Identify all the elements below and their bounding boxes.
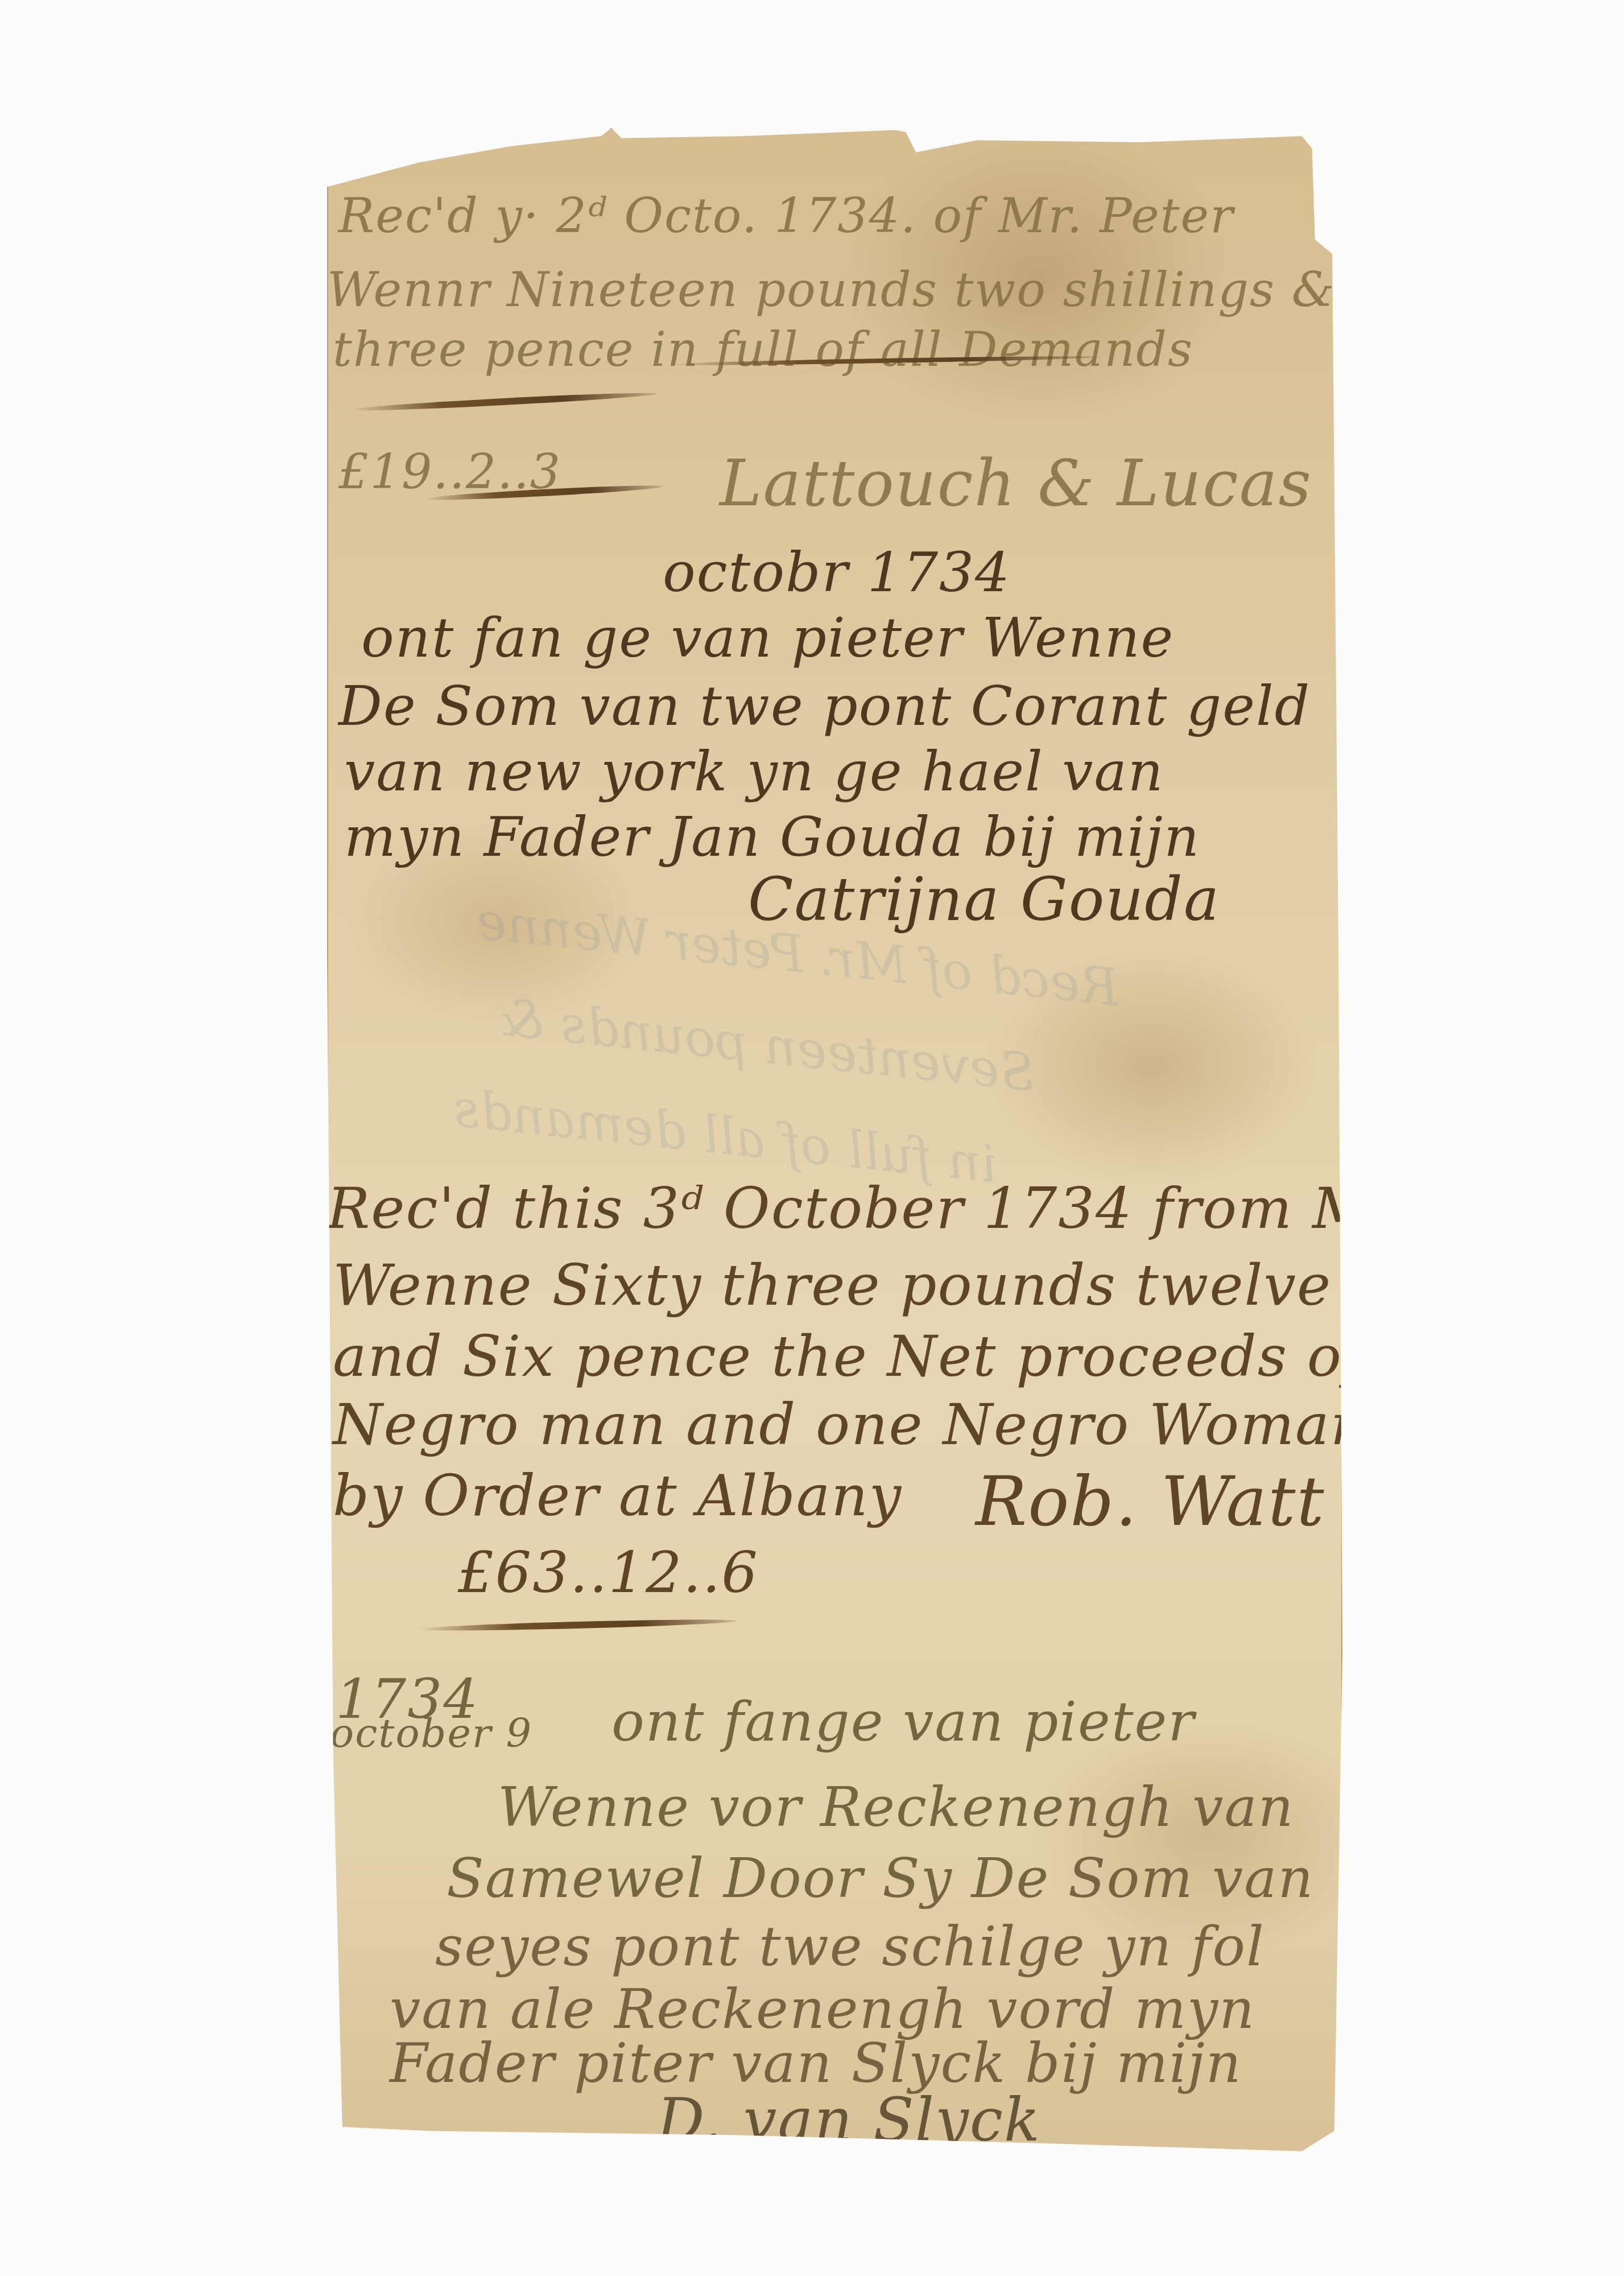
- entry-4-line-3: Samewel Door Sy De Som van: [447, 1846, 1314, 1910]
- entry-4-date-day: october 9: [330, 1710, 532, 1757]
- entry-2-signature: Catrijna Gouda: [748, 865, 1220, 934]
- entry-2-line-1: ont fan ge van pieter Wenne: [361, 606, 1174, 670]
- bleed-through-text: Seventeen pounds &: [496, 988, 1038, 1103]
- manuscript-page: Recd of Mr. Peter Wenne Seventeen pounds…: [327, 128, 1342, 2159]
- entry-4-line-4: seyes pont twe schilge yn fol: [435, 1915, 1265, 1978]
- entry-2-date: octobr 1734: [663, 541, 1011, 604]
- entry-4-signature: D. van Slyck: [657, 2085, 1041, 2155]
- entry-3-line-4: Negro man and one Negro Woman Sold: [333, 1391, 1520, 1458]
- flourish-rule: [418, 1618, 737, 1633]
- entry-1-line-3: three pence in full of all Demands: [333, 321, 1193, 377]
- entry-4-line-2: Wenne vor Reckenengh van: [498, 1775, 1294, 1839]
- entry-3-signature: Rob. Watt: [976, 1462, 1325, 1541]
- entry-3-line-1: Rec'd this 3ᵈ October 1734 from Mr. Pete…: [327, 1175, 1591, 1242]
- entry-1-line-2: Wennr Nineteen pounds two shillings &: [327, 262, 1336, 318]
- entry-2-line-3: van new york yn ge hael van: [344, 740, 1164, 803]
- entry-3-line-2: Wenne Sixty three pounds twelve shilling: [333, 1252, 1572, 1318]
- entry-1-signature: Lattouch & Lucas: [720, 447, 1312, 521]
- entry-3-line-3: and Six pence the Net proceeds of one: [333, 1323, 1492, 1389]
- entry-2-line-2: De Som van twe pont Corant geld: [338, 674, 1311, 738]
- entry-3-line-5: by Order at Albany: [333, 1462, 902, 1529]
- entry-3-amount: £63..12..6: [458, 1539, 759, 1606]
- entry-1-line-1: Rec'd y· 2ᵈ Octo. 1734. of Mr. Peter: [338, 188, 1234, 244]
- entry-4-line-1: ont fange van pieter: [611, 1690, 1195, 1754]
- flourish-rule: [350, 390, 657, 413]
- entry-2-line-4: myn Fader Jan Gouda bij mijn: [344, 805, 1200, 869]
